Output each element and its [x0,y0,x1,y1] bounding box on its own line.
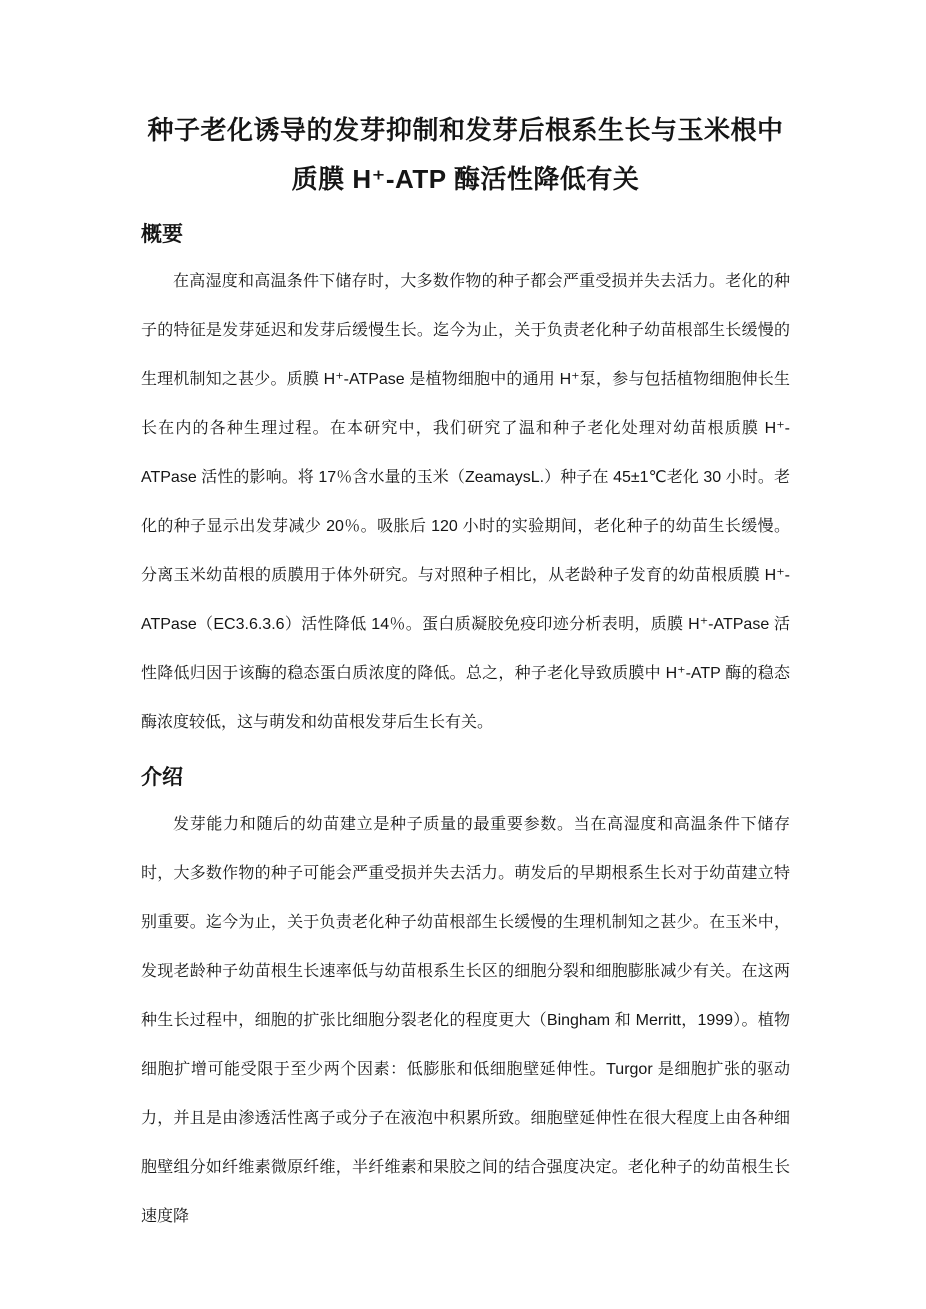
section-heading-abstract: 概要 [141,218,790,252]
introduction-paragraph: 发芽能力和随后的幼苗建立是种子质量的最重要参数。当在高湿度和高温条件下储存时，大… [141,800,790,1241]
document-page: 种子老化诱导的发芽抑制和发芽后根系生长与玉米根中质膜 H⁺-ATP 酶活性降低有… [0,0,926,1309]
section-heading-introduction: 介绍 [141,761,790,795]
abstract-paragraph: 在高湿度和高温条件下储存时，大多数作物的种子都会严重受损并失去活力。老化的种子的… [141,257,790,747]
document-content: 种子老化诱导的发芽抑制和发芽后根系生长与玉米根中质膜 H⁺-ATP 酶活性降低有… [141,106,790,1241]
document-title: 种子老化诱导的发芽抑制和发芽后根系生长与玉米根中质膜 H⁺-ATP 酶活性降低有… [141,106,790,204]
